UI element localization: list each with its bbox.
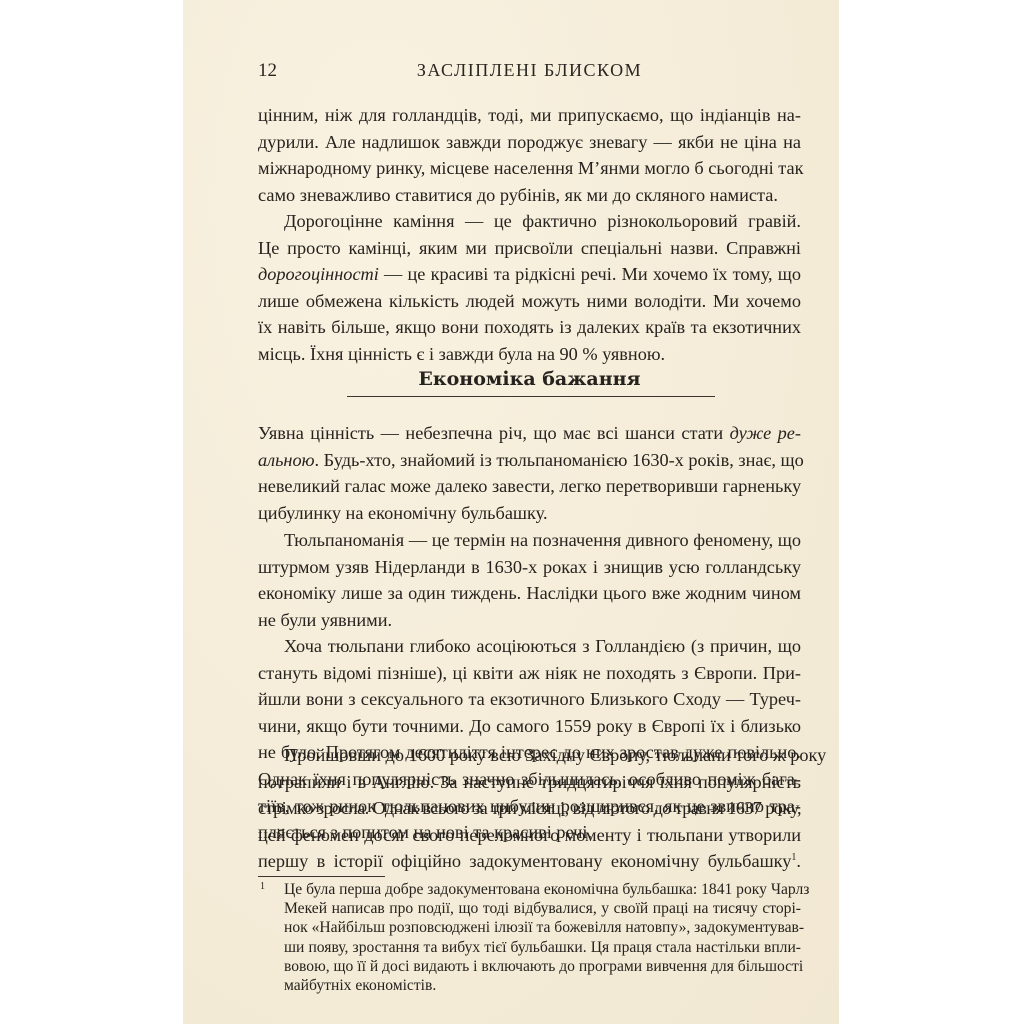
text-line: дорогоцінності — це красиві та рідкісні …	[258, 261, 801, 288]
text-line: першу в історії офіційно задокументовану…	[258, 848, 801, 875]
text-line: потрапили і в Англію. За наступне тридця…	[258, 769, 801, 796]
text-line: дурили. Але надлишок завжди породжує зне…	[258, 129, 801, 156]
paragraph-gemstones: Дорогоцінне каміння — це фактично різнок…	[258, 208, 801, 368]
footnote: 1 Це була перша добре задокументована ек…	[258, 880, 801, 995]
text-line: Пройшовши до 1600 року всю Західну Європ…	[258, 742, 801, 769]
text-line: Тюльпаноманія — це термін на позначення …	[258, 527, 801, 554]
text-line: стрімко зросла. Однак всього за три міся…	[258, 795, 801, 822]
text-line: Хоча тюльпани глибоко асоціюються з Голл…	[258, 633, 801, 660]
text-line: йшли вони з сексуального та екзотичного …	[258, 686, 801, 713]
footnote-line: майбутніх економістів.	[284, 976, 801, 995]
text-line: Дорогоцінне каміння — це фактично різнок…	[258, 208, 801, 235]
footnote-mark: 1	[260, 877, 265, 896]
text-line: невеликий галас може далеко завести, лег…	[258, 473, 801, 500]
italic-term: дорогоцінності	[258, 264, 379, 284]
text-line: економіку лише за один тиждень. Наслідки…	[258, 580, 801, 607]
text-line: стануть відомі пізніше), ці квіти аж нія…	[258, 660, 801, 687]
text-line: лише обмежена кількість людей можуть ним…	[258, 288, 801, 315]
section-heading: Економіка бажання	[418, 368, 640, 390]
footnote-line: нок «Найбільш розповсюджені ілюзії та бо…	[284, 918, 801, 937]
text-line: штурмом узяв Нідерланди в 1630-х роках і…	[258, 554, 801, 581]
text-line: цінним, ніж для голландців, тоді, ми при…	[258, 102, 801, 129]
text-line: місць. Їхня цінність є і завжди була на …	[258, 341, 801, 368]
text-line: чини, якщо бути точними. До самого 1559 …	[258, 713, 801, 740]
paragraph-england: Пройшовши до 1600 року всю Західну Європ…	[258, 742, 801, 875]
footnote-line: Це була перша добре задокументована екон…	[284, 880, 801, 899]
text-line: цибулинку на економічну бульбашку.	[258, 500, 801, 527]
text-line: цей феномен досяг свого переломного моме…	[258, 822, 801, 849]
footnote-separator	[258, 876, 385, 877]
text-line: не були уявними.	[258, 607, 801, 634]
footnote-line: Мекей написав про події, що тоді відбува…	[284, 899, 801, 918]
section-heading-wrap: Економіка бажання	[258, 368, 801, 390]
paragraph-imagined-value: Уявна цінність — небезпечна річ, що має …	[258, 420, 801, 526]
heading-underline	[347, 396, 715, 397]
footnote-line: вовою, що її й досі видають і включають …	[284, 957, 801, 976]
running-head: 12 ЗАСЛІПЛЕНІ БЛИСКОМ	[258, 60, 801, 90]
text-line: Це просто камінці, яким ми присвоїли спе…	[258, 235, 801, 262]
text-line: міжнародному ринку, місцеве населення М’…	[258, 155, 801, 182]
running-title: ЗАСЛІПЛЕНІ БЛИСКОМ	[258, 60, 801, 81]
footnote-body: Це була перша добре задокументована екон…	[284, 880, 801, 995]
text-line: альною. Будь-хто, знайомий із тюльпанома…	[258, 447, 801, 474]
text-line: їх навіть більше, якщо вони походять із …	[258, 314, 801, 341]
text-line: само зневажливо ставитися до рубінів, як…	[258, 182, 801, 209]
book-page: 12 ЗАСЛІПЛЕНІ БЛИСКОМ цінним, ніж для го…	[183, 0, 839, 1024]
footnote-line: ши появу, зростання та вибух тієї бульба…	[284, 938, 801, 957]
paragraph-continuation: цінним, ніж для голландців, тоді, ми при…	[258, 102, 801, 208]
text-line: Уявна цінність — небезпечна річ, що має …	[258, 420, 801, 447]
paragraph-tulipmania: Тюльпаноманія — це термін на позначення …	[258, 527, 801, 633]
